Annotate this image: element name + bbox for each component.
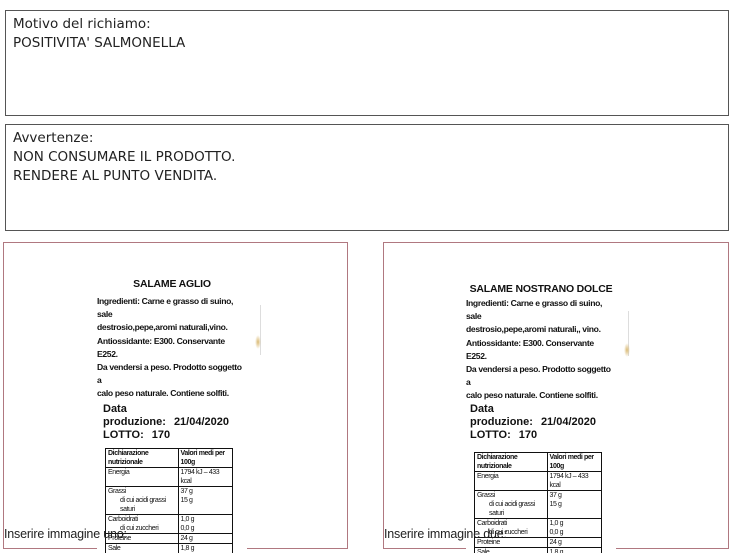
saturated-value: 15 g	[550, 500, 599, 509]
nutrition-header-right: Valori medi per 100g	[178, 448, 232, 467]
production-info: Data produzione:21/04/2020 LOTTO:170	[97, 403, 247, 442]
warning-line: RENDERE AL PUNTO VENDITA.	[13, 167, 235, 186]
recall-reason-value: POSITIVITA' SALMONELLA	[13, 34, 185, 53]
ingredients-line: Antiossidante: E300. Conservante E252.	[97, 335, 247, 361]
ingredients: Ingredienti: Carne e grasso di suino, sa…	[97, 295, 247, 401]
ingredients-line: calo peso naturale. Contiene solfiti.	[97, 387, 247, 400]
lot-label: LOTTO:	[103, 429, 144, 441]
product-label-image: SALAME NOSTRANO DOLCE Ingredienti: Carne…	[466, 283, 616, 553]
lot-label: LOTTO:	[470, 429, 511, 441]
production-date-label: Data produzione:	[470, 403, 533, 428]
lot-number: 170	[152, 429, 170, 441]
recall-reason-box: Motivo del richiamo: POSITIVITA' SALMONE…	[5, 10, 729, 116]
carbs-value: 1,0 g	[550, 519, 599, 528]
image-box-one: SALAME AGLIO Ingredienti: Carne e grasso…	[3, 242, 348, 549]
image-caption: Inserire immagine uno:	[4, 527, 127, 541]
nutrition-header-left: Dichiarazione nutrizionale	[106, 448, 179, 467]
protein-value: 24 g	[178, 533, 232, 543]
production-date: 21/04/2020	[174, 416, 229, 428]
lot-number: 170	[519, 429, 537, 441]
energy-value: 1794 kJ – 433 kcal	[178, 467, 232, 486]
product-name: SALAME AGLIO	[97, 278, 247, 290]
carbs-value: 1,0 g	[181, 515, 230, 524]
image-caption: Inserire immagine due:	[384, 527, 507, 541]
saturated-value: 15 g	[181, 496, 230, 505]
warnings-label: Avvertenze:	[13, 129, 235, 148]
salt-label: Sale	[475, 547, 548, 553]
protein-value: 24 g	[547, 537, 601, 547]
nutrition-header-right: Valori medi per 100g	[547, 452, 601, 471]
fat-value: 37 g	[550, 491, 599, 500]
ingredients-line: destrosio,pepe,aromi naturali,vino.	[97, 321, 247, 334]
ingredients-line: calo peso naturale. Contiene solfiti.	[466, 389, 616, 402]
ingredients-line: Da vendersi a peso. Prodotto soggetto a	[466, 363, 616, 389]
warning-line: NON CONSUMARE IL PRODOTTO.	[13, 148, 235, 167]
ingredients-line: destrosio,pepe,aromi naturali,, vino.	[466, 323, 616, 336]
ingredients-line: Da vendersi a peso. Prodotto soggetto a	[97, 361, 247, 387]
fat-value: 37 g	[181, 487, 230, 496]
production-date: 21/04/2020	[541, 416, 596, 428]
ingredients-line: Ingredienti: Carne e grasso di suino, sa…	[97, 295, 247, 321]
fat-label: Grassi	[477, 491, 545, 500]
saturated-label: di cui acidi grassi saturi	[108, 496, 176, 514]
nutrition-header-left: Dichiarazione nutrizionale	[475, 452, 548, 471]
salt-value: 1,8 g	[547, 547, 601, 553]
product-name: SALAME NOSTRANO DOLCE	[466, 283, 616, 295]
salt-value: 1,8 g	[178, 543, 232, 553]
sugars-value: 0,0 g	[181, 524, 230, 533]
ingredients: Ingredienti: Carne e grasso di suino, sa…	[466, 297, 616, 403]
production-date-label: Data produzione:	[103, 403, 166, 428]
product-label-image: SALAME AGLIO Ingredienti: Carne e grasso…	[97, 278, 247, 553]
ingredients-line: Antiossidante: E300. Conservante E252.	[466, 337, 616, 363]
fat-label: Grassi	[108, 487, 176, 496]
ingredients-line: Ingredienti: Carne e grasso di suino, sa…	[466, 297, 616, 323]
energy-value: 1794 kJ – 433 kcal	[547, 471, 601, 490]
recall-reason-label: Motivo del richiamo:	[13, 15, 185, 34]
warnings-box: Avvertenze: NON CONSUMARE IL PRODOTTO. R…	[5, 124, 729, 231]
carbs-label: Carboidrati	[108, 515, 176, 524]
sugars-value: 0,0 g	[550, 528, 599, 537]
production-info: Data produzione:21/04/2020 LOTTO:170	[466, 403, 616, 442]
energy-label: Energia	[475, 471, 548, 490]
saturated-label: di cui acidi grassi saturi	[477, 500, 545, 518]
energy-label: Energia	[106, 467, 179, 486]
image-box-two: SALAME NOSTRANO DOLCE Ingredienti: Carne…	[383, 242, 729, 549]
salt-label: Sale	[106, 543, 179, 553]
